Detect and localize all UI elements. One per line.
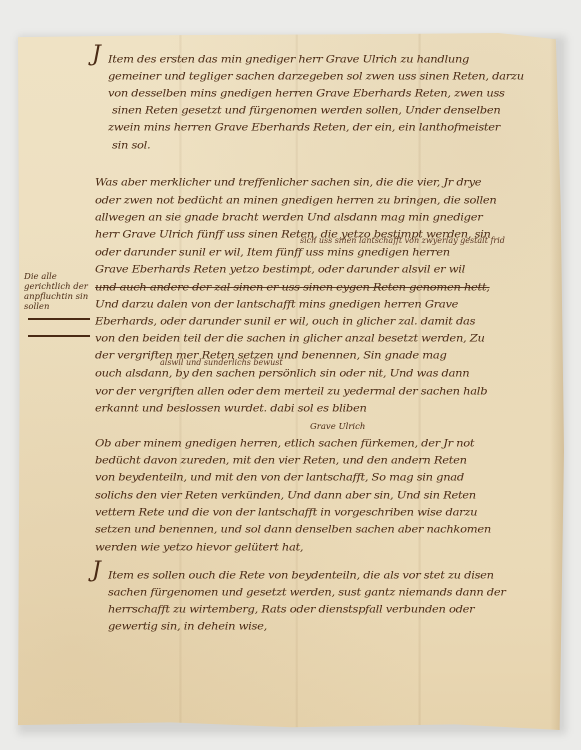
manuscript-line-struck: und auch andere der zal sinen er uss sin… [95,281,535,294]
manuscript-line: gemeiner und tegliger sachen darzegeben … [108,70,528,83]
manuscript-sheet [18,33,564,730]
interlinear-insert: alswil und sunderlichs bewust [160,358,283,367]
manuscript-line: bedücht davon zureden, mit den vier Rete… [95,454,535,467]
initial-letter-item: J [92,558,101,583]
manuscript-line: zwein mins herren Grave Eberhards Reten,… [108,121,528,134]
manuscript-line: sachen fürgenomen und gesetzt werden, su… [108,586,528,599]
margin-note: Die alle gerichtlich der anpfluchtin sin… [24,272,96,312]
margin-strike-line [28,318,90,320]
manuscript-line: werden wie yetzo hievor gelütert hat, [95,541,355,554]
manuscript-line: Item es sollen ouch die Rete von beydent… [108,569,528,582]
manuscript-line: vor der vergriften allen oder dem mertei… [95,385,535,398]
interlinear-insert: sich uss sinen lantschafft von zwyerlay … [300,236,505,245]
manuscript-line: von beydenteiln, und mit den von der lan… [95,471,535,484]
manuscript-line: herrschafft zu wirtemberg, Rats oder die… [108,603,528,616]
manuscript-line: Was aber merklicher und treffenlicher sa… [95,176,535,189]
manuscript-line: Ob aber minem gnedigen herren, etlich sa… [95,437,535,450]
manuscript-line: ouch alsdann, by den sachen persönlich s… [95,367,535,380]
manuscript-line: Grave Eberhards Reten yetzo bestimpt, od… [95,263,535,276]
manuscript-line: von den beiden teil der die sachen in gl… [95,332,535,345]
manuscript-line: setzen und benennen, und sol dann densel… [95,523,535,536]
manuscript-line: sin sol. [112,139,212,152]
margin-strike-line [28,335,90,337]
manuscript-line: von desselben mins gnedigen herren Grave… [108,87,528,100]
manuscript-line: Und darzu dalen von der lantschafft mins… [95,298,535,311]
manuscript-line: erkannt und beslossen wurdet. dabi sol e… [95,402,395,415]
manuscript-line: oder darunder sunil er wil, Item fünff u… [95,246,535,259]
manuscript-line: solichs den vier Reten verkünden, Und da… [95,489,535,502]
manuscript-line: Item des ersten das min gnediger herr Gr… [108,53,528,66]
manuscript-line: allwegen an sie gnade bracht werden Und … [95,211,535,224]
manuscript-line: vettern Rete und die von der lantschafft… [95,506,535,519]
manuscript-line: Eberhards, oder darunder sunil er wil, o… [95,315,535,328]
manuscript-line: gewertig sin, in dehein wise, [108,620,288,633]
manuscript-line-struck: sinen Reten gesetzt und fürgenomen werde… [112,104,528,117]
manuscript-line: oder zwen not bedücht an minen gnedigen … [95,194,535,207]
paragraph-heading: Grave Ulrich [310,422,365,432]
initial-letter-item: J [92,42,101,67]
